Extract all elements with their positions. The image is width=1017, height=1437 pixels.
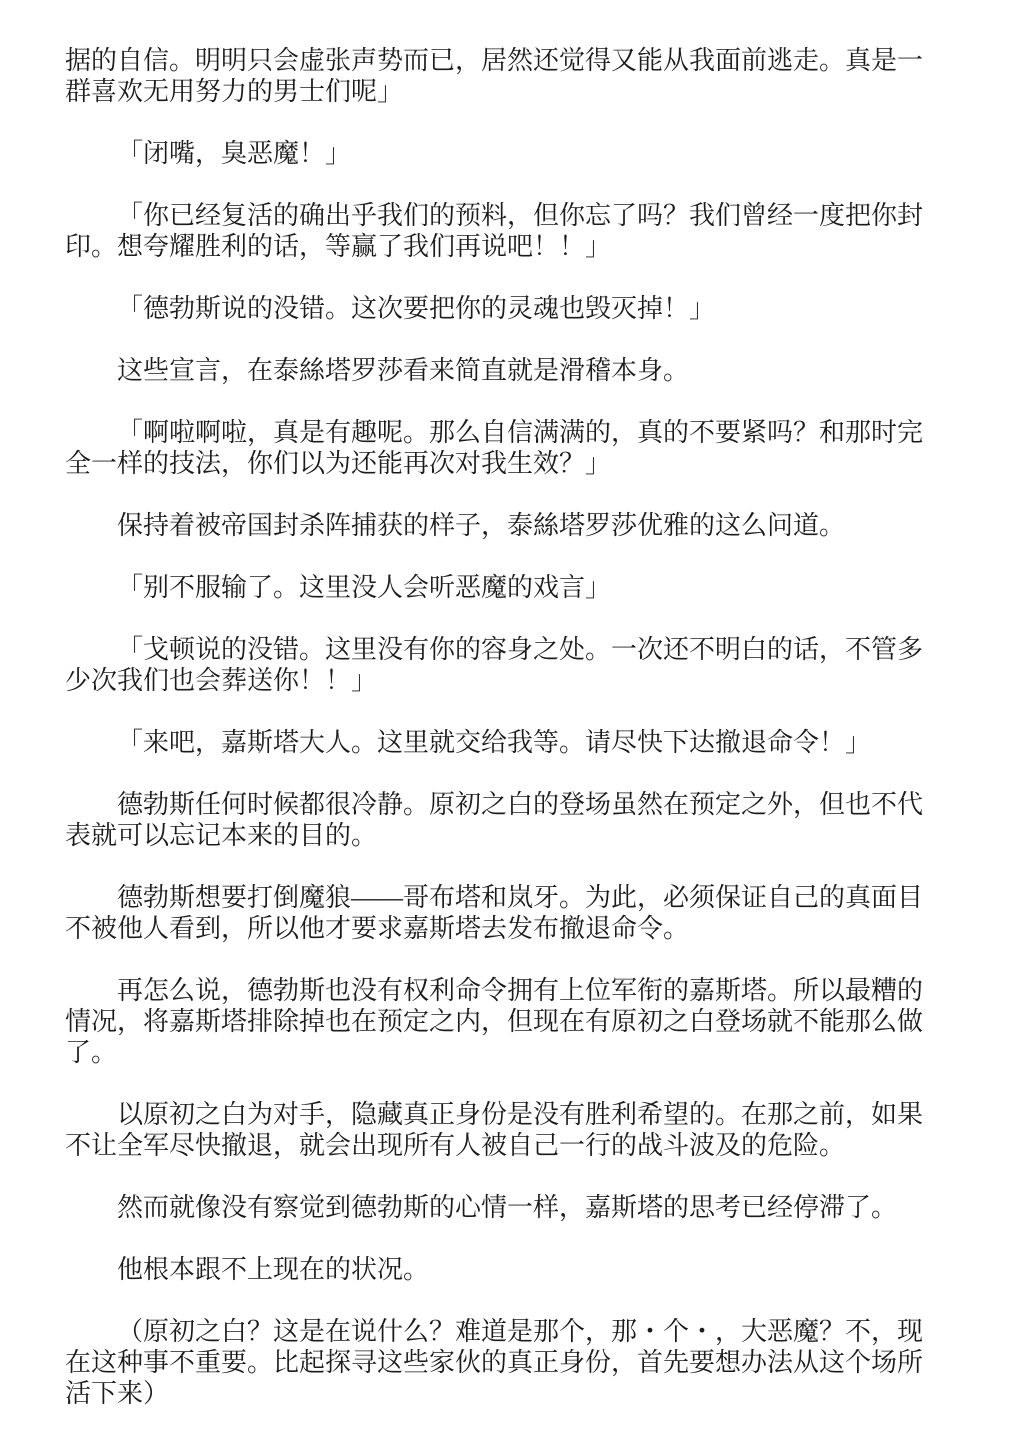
paragraph: 「别不服输了。这里没人会听恶魔的戏言」 xyxy=(65,572,923,603)
paragraph: 据的自信。明明只会虚张声势而已，居然还觉得又能从我面前逃走。真是一群喜欢无用努力… xyxy=(65,45,923,107)
paragraph: 再怎么说，德勃斯也没有权利命令拥有上位军衔的嘉斯塔。所以最糟的情况，将嘉斯塔排除… xyxy=(65,975,923,1068)
paragraph: 然而就像没有察觉到德勃斯的心情一样，嘉斯塔的思考已经停滞了。 xyxy=(65,1192,923,1223)
paragraph: 「戈顿说的没错。这里没有你的容身之处。一次还不明白的话，不管多少次我们也会葬送你… xyxy=(65,634,923,696)
paragraph: 「来吧，嘉斯塔大人。这里就交给我等。请尽快下达撤退命令！」 xyxy=(65,727,923,758)
document-page: 据的自信。明明只会虚张声势而已，居然还觉得又能从我面前逃走。真是一群喜欢无用努力… xyxy=(0,0,1017,1437)
paragraph: 他根本跟不上现在的状况。 xyxy=(65,1254,923,1285)
paragraph: 德勃斯任何时候都很冷静。原初之白的登场虽然在预定之外，但也不代表就可以忘记本来的… xyxy=(65,789,923,851)
paragraph: 「啊啦啊啦，真是有趣呢。那么自信满满的，真的不要紧吗？和那时完全一样的技法，你们… xyxy=(65,417,923,479)
paragraph: 「德勃斯说的没错。这次要把你的灵魂也毁灭掉！」 xyxy=(65,293,923,324)
paragraph: 这些宣言，在泰絲塔罗莎看来简直就是滑稽本身。 xyxy=(65,355,923,386)
paragraph: 德勃斯想要打倒魔狼——哥布塔和岚牙。为此，必须保证自己的真面目不被他人看到，所以… xyxy=(65,882,923,944)
paragraph: 以原初之白为对手，隐藏真正身份是没有胜利希望的。在那之前，如果不让全军尽快撤退，… xyxy=(65,1099,923,1161)
paragraph: 「闭嘴，臭恶魔！」 xyxy=(65,138,923,169)
paragraph: （原初之白？这是在说什么？难道是那个，那・个・，大恶魔？不，现在这种事不重要。比… xyxy=(65,1316,923,1409)
paragraph: 「你已经复活的确出乎我们的预料，但你忘了吗？我们曾经一度把你封印。想夸耀胜利的话… xyxy=(65,200,923,262)
paragraph: 保持着被帝国封杀阵捕获的样子，泰絲塔罗莎优雅的这么问道。 xyxy=(65,510,923,541)
